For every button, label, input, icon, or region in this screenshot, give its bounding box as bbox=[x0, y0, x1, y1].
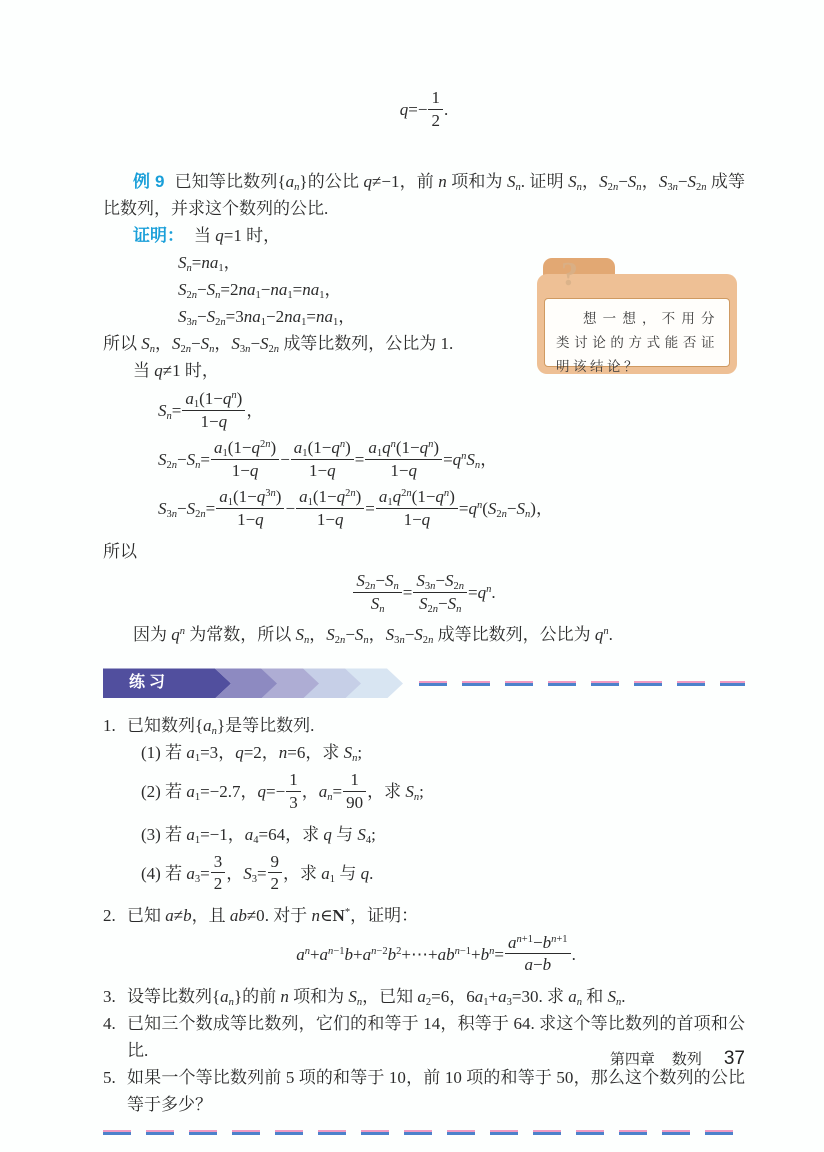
center-formula: S2n−SnSn=S3n−S2nS2n−Sn=qn. bbox=[103, 573, 745, 615]
footer-chapter: 第四章 bbox=[610, 1048, 655, 1069]
page-content: q=−12. 例 9已知等比数列{an}的公比 q≠−1，前 n 项和为 Sn.… bbox=[0, 0, 824, 1135]
problem-subitem: (3) 若 a1=−1，a4=64，求 q 与 S4; bbox=[127, 821, 745, 848]
math-line: Sn=a1(1−qn)1−q， bbox=[103, 391, 745, 433]
problem-2: 2. 已知 a≠b，且 ab≠0. 对于 n∈N*，证明： an+an−1b+a… bbox=[103, 902, 745, 983]
think-box-text: 想一想，不用分类讨论的方式能否证明该结论？ bbox=[556, 307, 718, 379]
problem-text: 设等比数列{an}的前 n 项和为 Sn，已知 a2=6，6a1+a3=30. … bbox=[127, 983, 745, 1010]
problem-number: 3. bbox=[103, 983, 127, 1010]
problem-number: 1. bbox=[103, 712, 127, 901]
example-label: 例 9 bbox=[133, 172, 164, 191]
suoyi-line: 所以 bbox=[103, 538, 745, 565]
example-paragraph: 例 9已知等比数列{an}的公比 q≠−1，前 n 项和为 Sn. 证明 Sn，… bbox=[103, 168, 745, 222]
example-text: 已知等比数列{an}的公比 q≠−1，前 n 项和为 Sn. 证明 Sn，S2n… bbox=[103, 172, 745, 218]
formula-q-value: q=−12. bbox=[103, 90, 745, 132]
proof-intro-line: 证明：当 q=1 时， bbox=[103, 222, 745, 249]
problem-3: 3. 设等比数列{an}的前 n 项和为 Sn，已知 a2=6，6a1+a3=3… bbox=[103, 983, 745, 1010]
footer-page-number: 37 bbox=[724, 1048, 745, 1070]
problem-5: 5. 如果一个等比数列前 5 项的和等于 10，前 10 项的和等于 50，那么… bbox=[103, 1064, 745, 1118]
proof-case1-intro: 当 q=1 时， bbox=[194, 226, 280, 245]
think-box-panel: 想一想，不用分类讨论的方式能否证明该结论？ bbox=[544, 298, 730, 367]
proof-conclusion: 因为 qn 为常数，所以 Sn，S2n−Sn，S3n−S2n 成等比数列，公比为… bbox=[103, 621, 745, 648]
problem-number: 4. bbox=[103, 1010, 127, 1064]
problem-subitem: (2) 若 a1=−2.7，q=−13，an=190，求 Sn; bbox=[127, 766, 745, 820]
exercise-banner-label: 练习 bbox=[103, 668, 231, 698]
dashed-divider bbox=[103, 1130, 745, 1135]
footer-section: 数列 bbox=[672, 1048, 702, 1069]
think-box: ? 想一想，不用分类讨论的方式能否证明该结论？ bbox=[537, 258, 737, 374]
page-footer: 第四章 数列 37 bbox=[610, 1048, 745, 1070]
math-line: S3n−S2n=a1(1−q3n)1−q−a1(1−q2n)1−q=a1q2n(… bbox=[103, 489, 745, 531]
problem-body: 已知 a≠b，且 ab≠0. 对于 n∈N*，证明： an+an−1b+an−2… bbox=[127, 902, 745, 983]
math-line: S2n−Sn=a1(1−q2n)1−q−a1(1−qn)1−q=a1qn(1−q… bbox=[103, 440, 745, 482]
problem-text: 已知数列{an}是等比数列. bbox=[127, 712, 745, 739]
problem-number: 5. bbox=[103, 1064, 127, 1118]
question-mark-icon: ? bbox=[561, 256, 578, 294]
textbook-page: q=−12. 例 9已知等比数列{an}的公比 q≠−1，前 n 项和为 Sn.… bbox=[0, 0, 824, 1152]
problem-formula: an+an−1b+an−2b2+⋯+abn−1+bn=an+1−bn+1a−b. bbox=[127, 935, 745, 977]
problem-text: 已知 a≠b，且 ab≠0. 对于 n∈N*，证明： bbox=[127, 902, 745, 929]
proof-label: 证明： bbox=[133, 226, 184, 245]
exercise-banner: 练习 bbox=[103, 668, 745, 698]
problem-text: 如果一个等比数列前 5 项的和等于 10，前 10 项的和等于 50，那么这个数… bbox=[127, 1064, 745, 1118]
problem-1: 1. 已知数列{an}是等比数列. (1) 若 a1=3，q=2，n=6，求 S… bbox=[103, 712, 745, 901]
problem-body: 已知数列{an}是等比数列. (1) 若 a1=3，q=2，n=6，求 Sn; … bbox=[127, 712, 745, 901]
problem-body: 如果一个等比数列前 5 项的和等于 10，前 10 项的和等于 50，那么这个数… bbox=[127, 1064, 745, 1118]
problem-subitem: (4) 若 a3=32，S3=92，求 a1 与 q. bbox=[127, 848, 745, 902]
problem-number: 2. bbox=[103, 902, 127, 983]
problem-body: 设等比数列{an}的前 n 项和为 Sn，已知 a2=6，6a1+a3=30. … bbox=[127, 983, 745, 1010]
dashed-divider bbox=[419, 681, 745, 686]
problem-subitem: (1) 若 a1=3，q=2，n=6，求 Sn; bbox=[127, 739, 745, 766]
